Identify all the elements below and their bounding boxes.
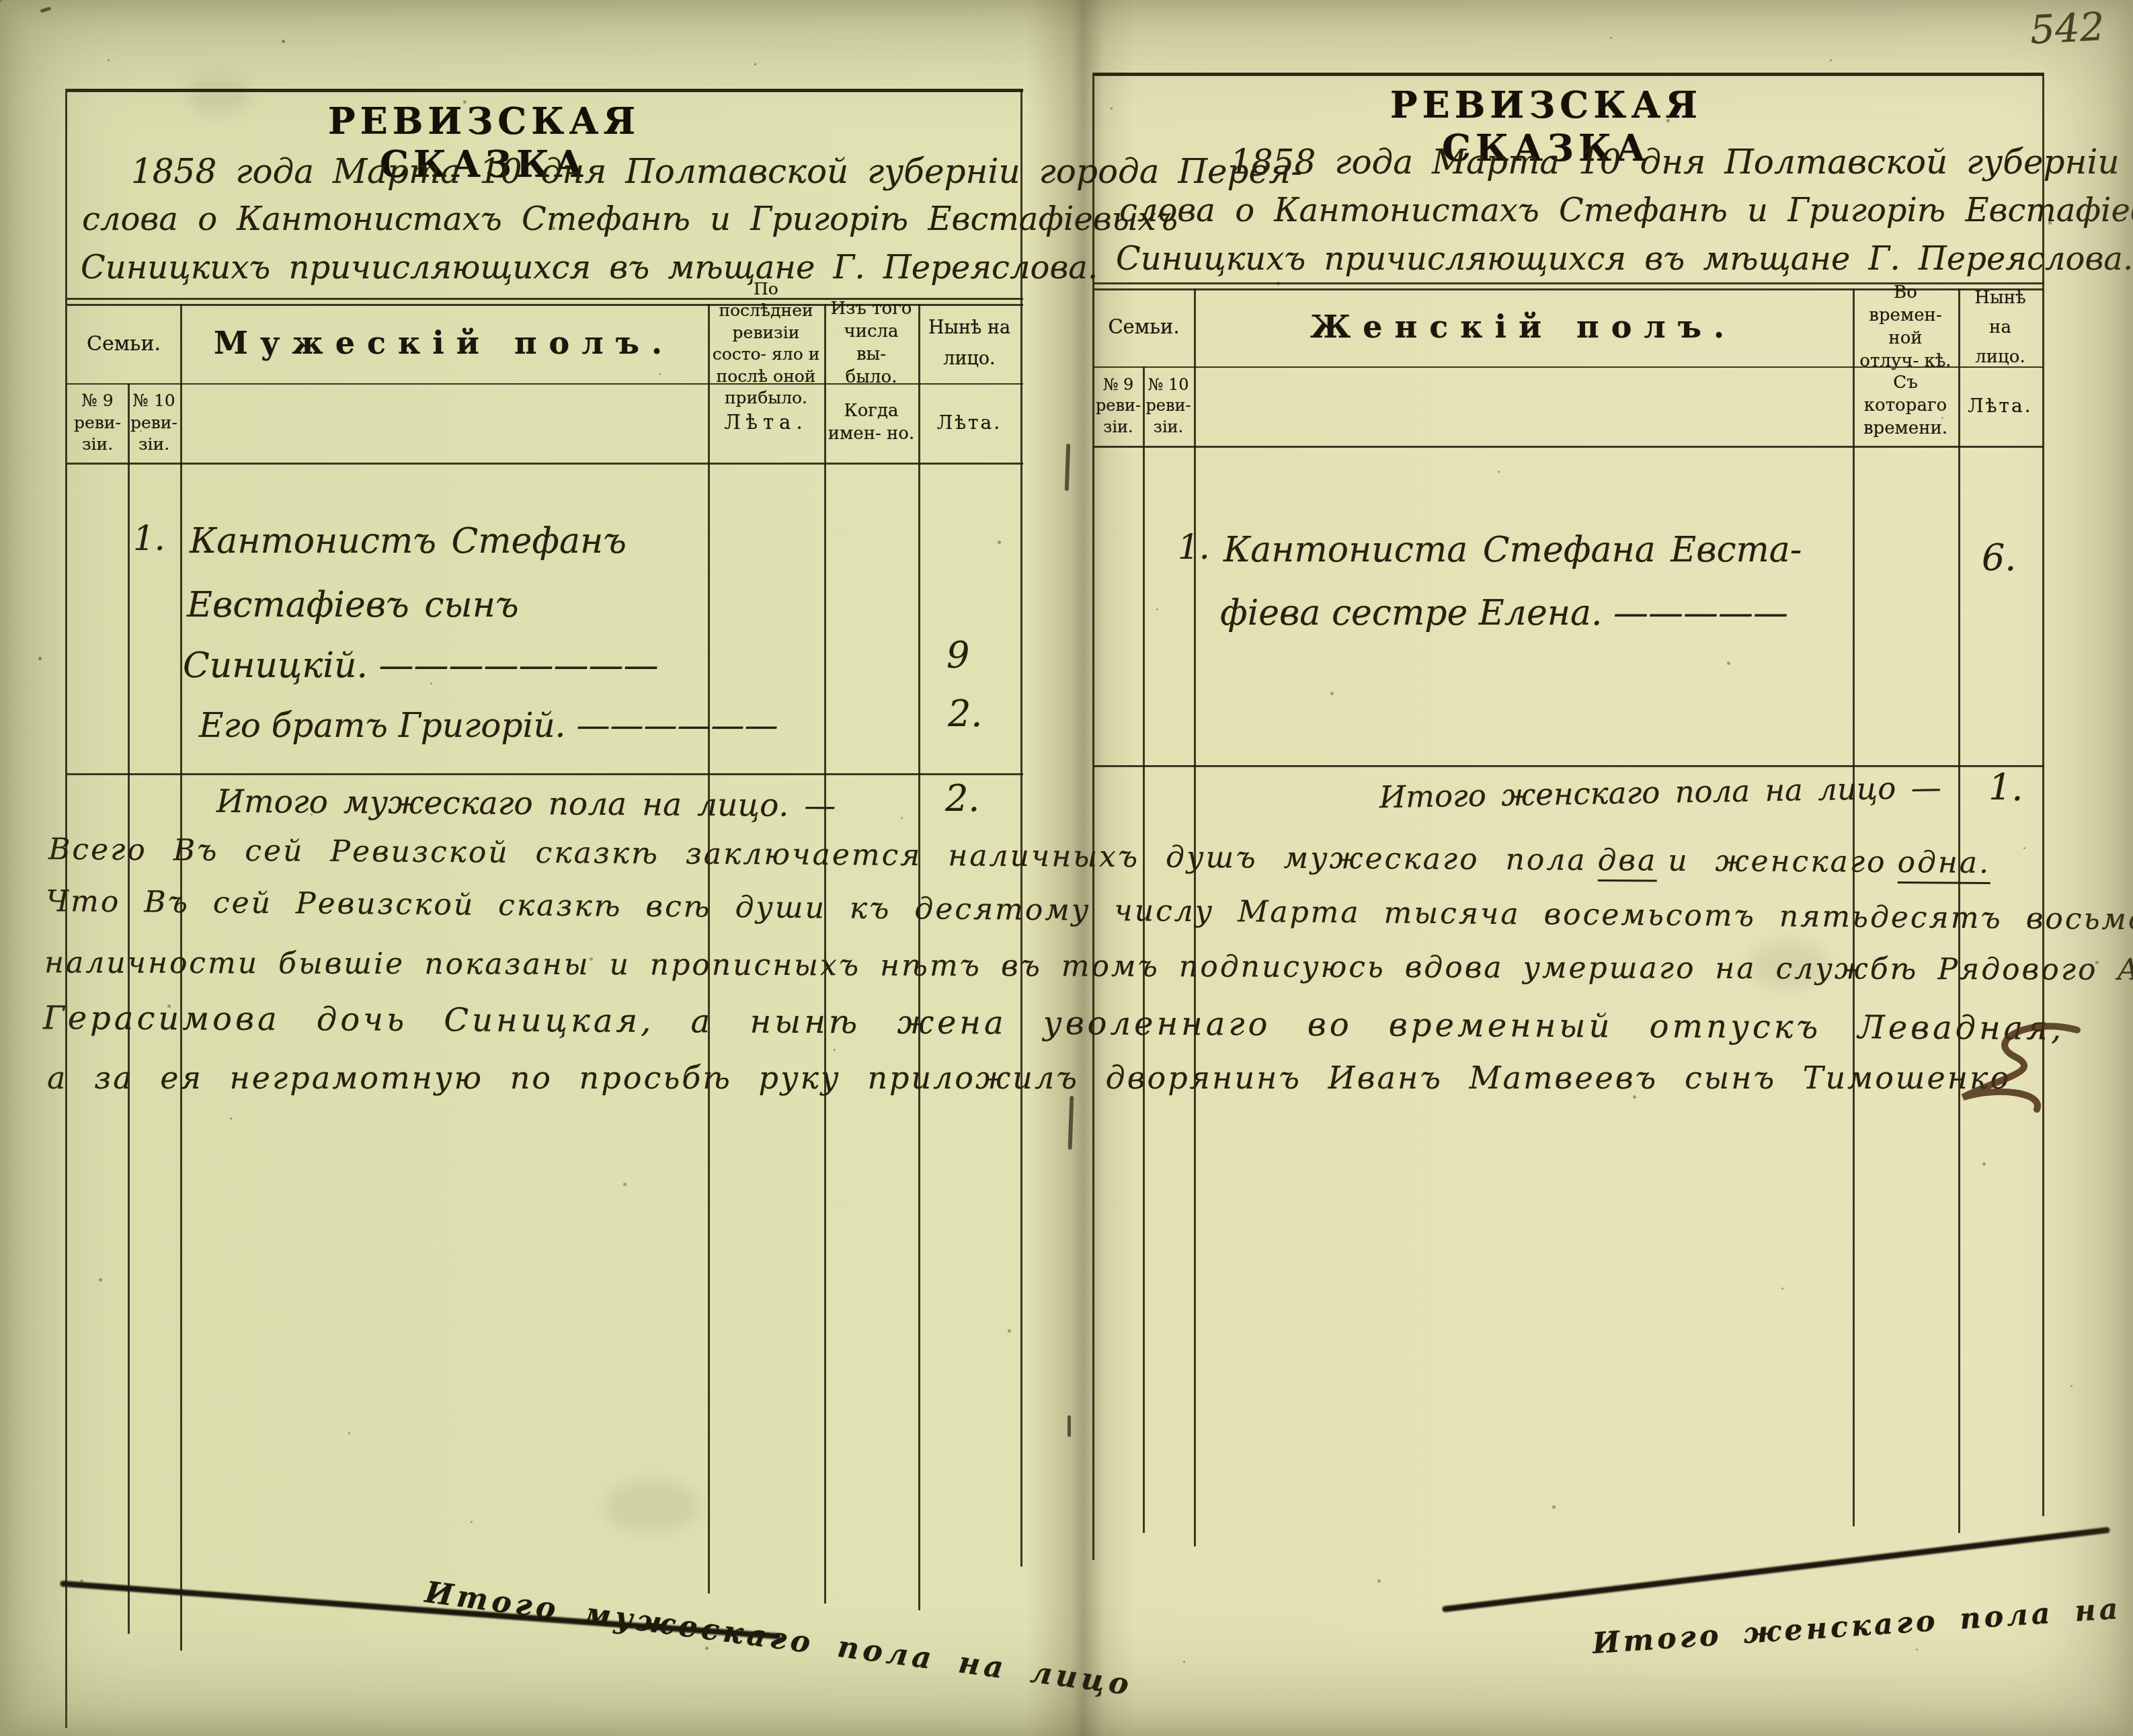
col-last-revision-header: По послѣдней ревизіи состо- яло и послѣ …	[708, 304, 824, 383]
document-scan: 542 РЕВИЗСКАЯ СКАЗКА 1858 года Марта 10 …	[0, 0, 2133, 1736]
underlined-count-female: одна.	[1897, 845, 1990, 884]
entry-number: 1.	[133, 519, 165, 558]
attestation-text: Всего Въ сей Ревизской сказкѣ заключаетс…	[48, 832, 1587, 877]
entry-name-line: фіева сестре Елена. —————	[1220, 593, 1788, 633]
col-male-sex-header: Мужескій полъ.	[180, 304, 708, 383]
entry-age: 2.	[948, 693, 983, 735]
table-border	[67, 89, 1023, 92]
attestation-text: и женскаго	[1668, 844, 1887, 879]
stitch-mark	[1068, 1415, 1071, 1437]
total-row-value: 1.	[1988, 766, 2023, 809]
header-script-line: Синицкихъ причисляющихся въ мѣщане Г. Пе…	[81, 249, 1098, 286]
stitch-mark	[1068, 1096, 1074, 1150]
header-script-line: 1858 года Марта 10 дня Полтавской губерн…	[1230, 143, 2133, 182]
col-rev10-header: № 10 реви- зіи.	[128, 383, 180, 463]
table-rule	[1094, 765, 2044, 767]
col-rev10-header: № 10 реви- зіи.	[1143, 366, 1194, 446]
col-when-header: Когда имен- но.	[824, 383, 918, 463]
col-present-header: Нынѣ на лицо.	[918, 304, 1020, 383]
total-row-label: Итого мужескаго пола на лицо. —	[216, 783, 836, 824]
table-border	[1020, 89, 1022, 1567]
paper-specks	[0, 0, 2, 2]
col-family-header: Семьи.	[67, 304, 180, 383]
header-script-line: слова о Кантонистахъ Стефанѣ и Григоріѣ …	[1119, 192, 2133, 229]
entry-age: 6.	[1982, 537, 2017, 579]
col-rev9-header: № 9 реви- зіи.	[1094, 366, 1143, 446]
footer-caption: Итого мужескаго пола на лицо	[423, 1575, 1135, 1702]
col-years-present-header: Лѣта.	[1958, 366, 2042, 446]
col-years-present-header: Лѣта.	[918, 383, 1020, 463]
header-script-line: 1858 года Марта 10 дня Полтавской губерн…	[131, 152, 1302, 191]
attestation-line: Что Въ сей Ревизской сказкѣ всѣ души къ …	[46, 884, 2133, 939]
underlined-count-male: два	[1597, 843, 1657, 882]
entry-name-line: Кантонистъ Стефанъ	[190, 521, 627, 561]
table-rule	[67, 463, 1023, 465]
attestation-line: а за ея неграмотную по просьбѣ руку прил…	[47, 1060, 2011, 1096]
table-rule	[67, 773, 1023, 775]
stitch-mark	[1065, 444, 1070, 491]
col-absence-header: Во времен- ной отлуч- кѣ.	[1853, 288, 1958, 366]
attestation-line: Герасимова дочь Синицкая, а нынѣ жена ув…	[43, 999, 2065, 1048]
entry-number: 1.	[1178, 528, 1210, 567]
entry-age: 9	[947, 634, 969, 676]
col-years-header: Лѣта.	[708, 383, 824, 463]
entry-name-line: Синицкій. ————————	[183, 645, 659, 686]
ink-smudge	[40, 7, 52, 13]
col-family-header: Семьи.	[1094, 288, 1194, 366]
header-script-line: Синицкихъ причисляющихся въ мѣщане Г. Пе…	[1116, 240, 2133, 278]
pen-flourish-icon	[1936, 1022, 2091, 1123]
table-rule	[1094, 446, 2044, 448]
entry-name-line: Его братъ Григорій. ——————	[199, 706, 778, 745]
attestation-line: Всего Въ сей Ревизской сказкѣ заключаетс…	[48, 832, 2001, 880]
page-folio-number: 542	[2029, 3, 2105, 53]
col-rev9-header: № 9 реви- зіи.	[67, 383, 128, 463]
total-row-value: 2.	[945, 777, 980, 820]
footer-caption: Итого женскаго пола на лицо	[1591, 1584, 2133, 1661]
col-departed-header: Изъ того числа вы- было.	[824, 304, 918, 383]
header-script-line: слова о Кантонистахъ Стефанѣ и Григоріѣ …	[82, 200, 1178, 238]
table-border	[1094, 73, 2044, 76]
col-present-header: Нынѣ на лицо.	[1958, 288, 2042, 366]
col-female-sex-header: Женскій полъ.	[1194, 288, 1853, 366]
paper-stain	[605, 1479, 699, 1533]
attestation-line: наличности бывшіе показаны и прописныхъ …	[44, 945, 2133, 987]
entry-name-line: Евстафіевъ сынъ	[187, 585, 519, 625]
entry-name-line: Кантониста Стефана Евста-	[1223, 530, 1802, 570]
col-since-header: Съ котораго времени.	[1853, 366, 1958, 446]
total-row-label: Итого женскаго пола на лицо —	[1379, 770, 1941, 816]
